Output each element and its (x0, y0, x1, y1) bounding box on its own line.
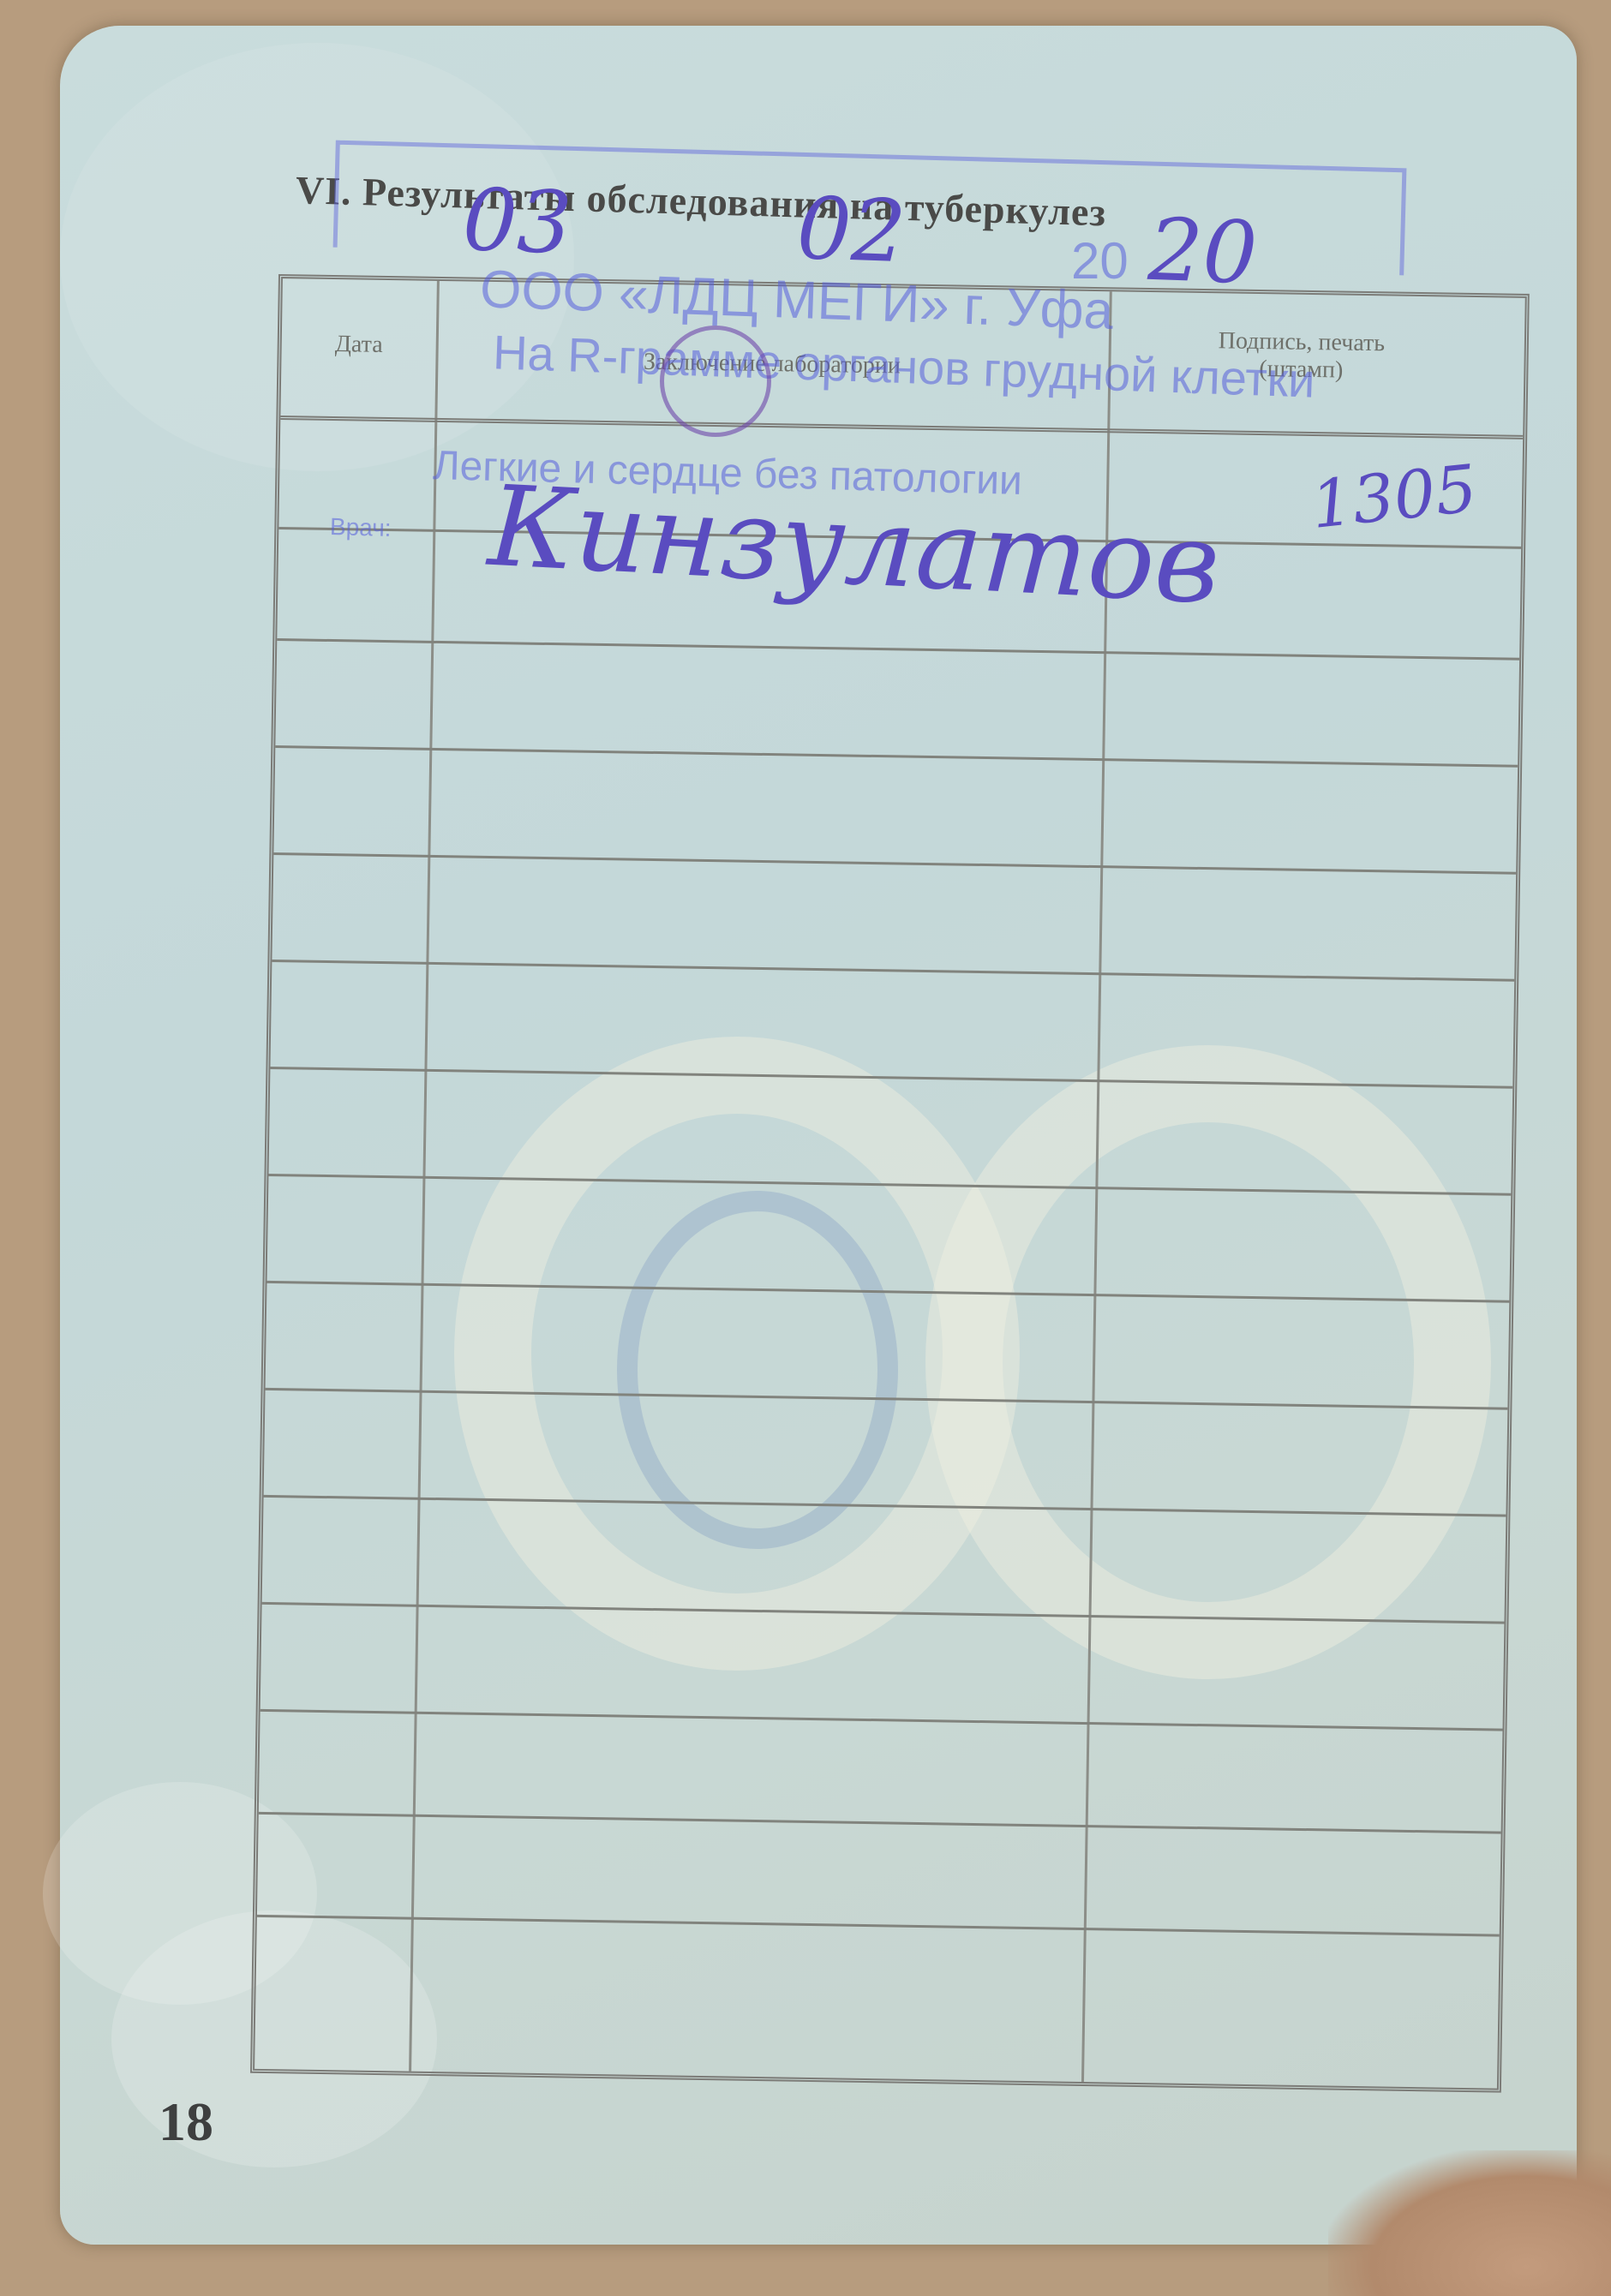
date-year-suffix: 20 (1147, 200, 1259, 303)
header-date: Дата (281, 330, 435, 360)
table-row (259, 1812, 1501, 1834)
table-row (261, 1709, 1503, 1731)
finger-holding-page (1328, 2150, 1611, 2296)
table-row (270, 1067, 1512, 1089)
stamp-circle-mark (660, 326, 771, 437)
date-year-prefix: 20 (1071, 231, 1129, 290)
table-row (275, 745, 1518, 768)
date-day: 03 (461, 170, 573, 273)
table-row (268, 1174, 1511, 1196)
table-row (272, 960, 1514, 982)
date-month: 02 (795, 178, 907, 282)
table-row (277, 638, 1519, 661)
table-row (257, 1915, 1500, 1937)
table-row (267, 1281, 1509, 1303)
table-row (264, 1495, 1506, 1517)
stamp-doctor-label: Врач: (330, 513, 392, 542)
table-row (266, 1388, 1508, 1410)
table-row (273, 852, 1516, 875)
table-row (262, 1602, 1505, 1624)
page-number: 18 (159, 2090, 213, 2154)
